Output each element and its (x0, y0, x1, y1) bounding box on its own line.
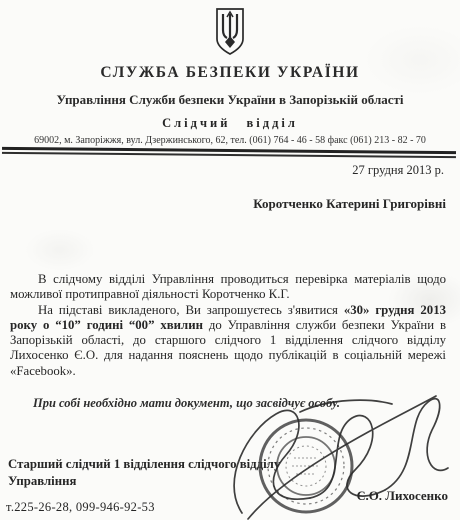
signer-position-line2: Управління (8, 473, 348, 490)
header-divider-rule (2, 147, 456, 158)
paragraph-2: На підставі викладеного, Ви запрошуєтесь… (10, 303, 446, 379)
document-date: 27 грудня 2013 р. (352, 163, 444, 178)
signer-name: Є.О. Лихосенко (357, 488, 448, 504)
letter-body: В слідчому відділі Управління проводитьс… (10, 272, 446, 379)
id-document-note: При собі необхідно мати документ, що зас… (33, 396, 340, 411)
paragraph-2-intro: На підставі викладеного, Ви запрошуєтесь… (38, 303, 344, 317)
paragraph-1-text: В слідчому відділі Управління проводитьс… (10, 272, 446, 301)
scanned-letter-page: СЛУЖБА БЕЗПЕКИ УКРАЇНИ Управління Служби… (0, 0, 460, 520)
contact-phones: т.225-26-28, 099-946-92-53 (6, 500, 155, 515)
org-address-line: 69002, м. Запоріжжя, вул. Дзержинського,… (0, 135, 460, 146)
org-department: Слідчий відділ (0, 116, 460, 131)
signer-position-line1: Старший слідчий 1 відділення слідчого ві… (8, 456, 348, 473)
addressee-name: Коротченко Катерині Григорівні (253, 196, 446, 212)
paragraph-1: В слідчому відділі Управління проводитьс… (10, 272, 446, 303)
org-title: СЛУЖБА БЕЗПЕКИ УКРАЇНИ (0, 64, 460, 82)
signer-position: Старший слідчий 1 відділення слідчого ві… (8, 456, 348, 489)
trident-emblem-icon (212, 6, 248, 58)
org-division: Управління Служби безпеки України в Запо… (0, 92, 460, 108)
